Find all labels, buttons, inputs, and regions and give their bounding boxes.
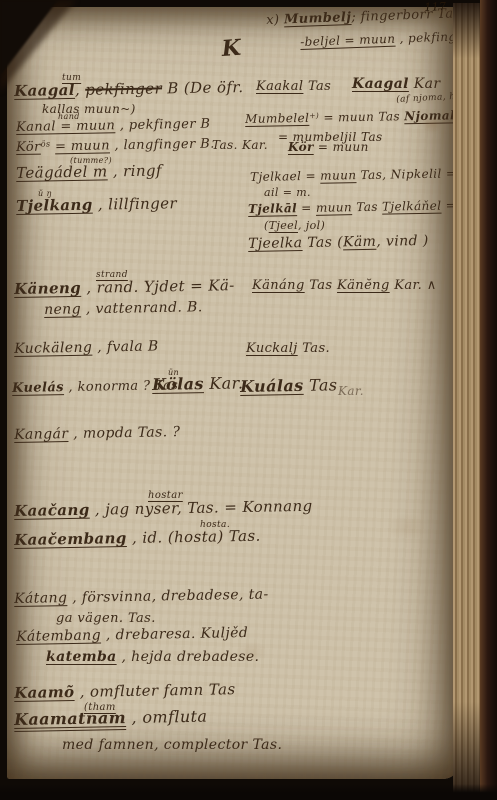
manuscript-word: Kar. [338, 384, 364, 398]
manuscript-word: pekfinger [85, 79, 162, 98]
manuscript-line: Kanal = muun , pekfinger B [16, 118, 211, 134]
manuscript-word: Kar [409, 76, 441, 92]
manuscript-word: Mumbelj [284, 10, 352, 27]
manuscript-word: , omfluta [126, 707, 208, 727]
manuscript-word: kallas muun~) [42, 102, 136, 116]
manuscript-word: muun [320, 168, 356, 183]
section-letter: K [221, 37, 242, 60]
manuscript-word: Kuckalj [246, 341, 298, 356]
manuscript-line: Kátembang , drebaresa. Kuljěd [16, 626, 248, 644]
manuscript-line: Kaagal Kar [352, 77, 440, 91]
manuscript-line: (Tjeel, jol) [264, 220, 325, 231]
photograph: x) Mumbelj; fingerborr Tas (1/4m)-beljel… [0, 0, 497, 800]
manuscript-page: x) Mumbelj; fingerborr Tas (1/4m)-beljel… [7, 7, 459, 779]
manuscript-word: , rand. Yjdet = Kä- [81, 276, 235, 297]
manuscript-word: x) [266, 12, 284, 28]
manuscript-word: , pekfinger B [115, 117, 210, 134]
manuscript-word: Tjelkang [16, 196, 93, 215]
manuscript-word: Kaamõ [14, 683, 75, 702]
manuscript-line: Tjeelka Tas (Käm, vind ) [248, 234, 429, 251]
manuscript-word: Kölas [152, 374, 204, 394]
manuscript-word: Teägádel m [16, 162, 108, 182]
manuscript-word: Kaagal [352, 76, 409, 92]
manuscript-word: Kátembang [16, 628, 101, 645]
manuscript-word: Kuelás [12, 380, 64, 396]
manuscript-word: , ringf [107, 161, 162, 180]
manuscript-word: , lillfinger [93, 194, 178, 213]
manuscript-word: = muun Tas [319, 109, 404, 124]
book-photo: x) Mumbelj; fingerborr Tas (1/4m)-beljel… [0, 0, 497, 800]
manuscript-word: Kar. [204, 373, 244, 393]
manuscript-word: Kátang [14, 590, 67, 607]
manuscript-word: Käneng [14, 279, 81, 298]
manuscript-word: Känĕng [337, 278, 390, 293]
manuscript-word: Mumbelel [245, 111, 309, 126]
manuscript-word: , vattenrand. B. [81, 299, 203, 317]
manuscript-word: Kar. ∧ [390, 278, 437, 293]
book-spine [480, 0, 497, 800]
manuscript-line: Kuckalj Tas. [246, 342, 330, 355]
manuscript-word: Tas [305, 278, 337, 293]
manuscript-word: Känáng [252, 278, 305, 293]
manuscript-line: Kaamõ , omfluter famn Tas [14, 682, 236, 701]
manuscript-word: +) [309, 111, 319, 120]
manuscript-word: Kuckäleng [14, 340, 92, 357]
manuscript-word: Kaačang [14, 501, 90, 520]
manuscript-word: Tas [352, 200, 382, 215]
manuscript-word: Tas [303, 375, 337, 395]
manuscript-line: Kaačembang , id. (hosta) Tas. [14, 529, 261, 548]
manuscript-word: , försvinna, drebadese, ta- [67, 587, 269, 607]
manuscript-line: kallas muun~) [42, 103, 136, 115]
manuscript-word: Kör [16, 140, 41, 155]
page-corner-shadow [0, 0, 58, 76]
manuscript-line: Kölas Kar. [152, 375, 244, 393]
manuscript-word: , omfluter famn Tas [74, 680, 235, 701]
manuscript-word: , hejda drebadese. [117, 649, 260, 665]
manuscript-word: Tjelkāl [248, 201, 297, 216]
manuscript-word: , vind ) [376, 233, 429, 250]
manuscript-word: Tas ( [302, 234, 343, 251]
manuscript-word: -beljel = muun [300, 32, 396, 49]
manuscript-line: Körös = muun , langfinger B. [16, 138, 215, 154]
manuscript-word: = [297, 201, 316, 215]
manuscript-word: , [75, 81, 86, 99]
manuscript-word: Kanal = muun [16, 118, 115, 135]
manuscript-word: Njomal [404, 108, 455, 123]
manuscript-line: Känáng Tas Känĕng Kar. ∧ [252, 279, 437, 292]
manuscript-word: , fvala B [92, 338, 159, 355]
manuscript-line: Kaačang , jag nyser, Tas. = Konnang [14, 499, 313, 519]
manuscript-word: Kaakal [256, 79, 303, 94]
manuscript-word: Kaačembang [14, 529, 127, 549]
manuscript-line: Kaakal Tas [256, 80, 331, 93]
manuscript-line: Kör = muun [288, 141, 369, 153]
manuscript-word: Tjeel [269, 219, 298, 232]
manuscript-word: Tjelkael = [250, 169, 320, 184]
manuscript-word: Tjeelka [248, 235, 303, 252]
manuscript-word: ail = m. [264, 186, 311, 199]
manuscript-line: Kátang , försvinna, drebadese, ta- [14, 588, 269, 606]
manuscript-word: = muun [314, 140, 369, 154]
manuscript-word: Kangár [14, 426, 69, 443]
manuscript-word: Kör [288, 140, 314, 154]
page-number: 117 [424, 1, 447, 13]
manuscript-word: , id. (hosta) Tas. [127, 527, 261, 547]
manuscript-word: , drebaresa. Kuljěd [101, 625, 249, 644]
manuscript-word: , jag nyser, Tas. = Konnang [89, 497, 312, 519]
manuscript-line: Kuckäleng , fvala B [14, 339, 159, 356]
manuscript-word: muun [316, 200, 352, 215]
manuscript-word: Tjelkáňel [382, 199, 442, 214]
manuscript-line: med famnen, complector Tas. [62, 738, 282, 752]
manuscript-word: katemba [46, 649, 117, 665]
manuscript-line: Tjelkang , lillfinger [16, 196, 177, 214]
manuscript-line: -beljel = muun , pekfinger. [300, 30, 473, 48]
manuscript-line: neng , vattenrand. B. [44, 300, 203, 317]
manuscript-word: = muun [55, 138, 110, 154]
manuscript-word: , jol) [298, 219, 325, 232]
manuscript-word: B (De öfr. [162, 78, 244, 97]
bottom-shadow [0, 784, 497, 800]
manuscript-word: ga vägen. Tas. [56, 611, 156, 626]
manuscript-word: neng [44, 301, 81, 318]
manuscript-word: , mopda Tas. ? [68, 424, 180, 442]
manuscript-line: Käneng , rand. Yjdet = Kä- [14, 278, 235, 297]
manuscript-line: ail = m. [264, 187, 311, 198]
manuscript-word: , langfinger B. [110, 137, 215, 154]
manuscript-line: Teägádel m , ringf [16, 163, 162, 181]
manuscript-word: med famnen, complector Tas. [62, 737, 282, 753]
manuscript-word: Tas. Kar. [212, 138, 268, 152]
manuscript-word: Kaamatnam [14, 708, 126, 729]
manuscript-word: Käm [343, 234, 377, 251]
manuscript-line: Kar. [338, 385, 364, 397]
manuscript-line: Kangár , mopda Tas. ? [14, 425, 180, 442]
manuscript-line: Kuálas Tas [240, 377, 338, 395]
manuscript-line: Tas. Kar. [212, 139, 268, 151]
manuscript-line: ga vägen. Tas. [56, 612, 156, 625]
manuscript-word: Kuálas [240, 376, 304, 396]
book-page-edges [453, 3, 482, 797]
manuscript-word: Tas [303, 79, 331, 94]
manuscript-word: Tas. [298, 341, 330, 356]
manuscript-line: katemba , hejda drebadese. [46, 650, 259, 664]
manuscript-line: Kaamatnam , omfluta [14, 709, 207, 728]
